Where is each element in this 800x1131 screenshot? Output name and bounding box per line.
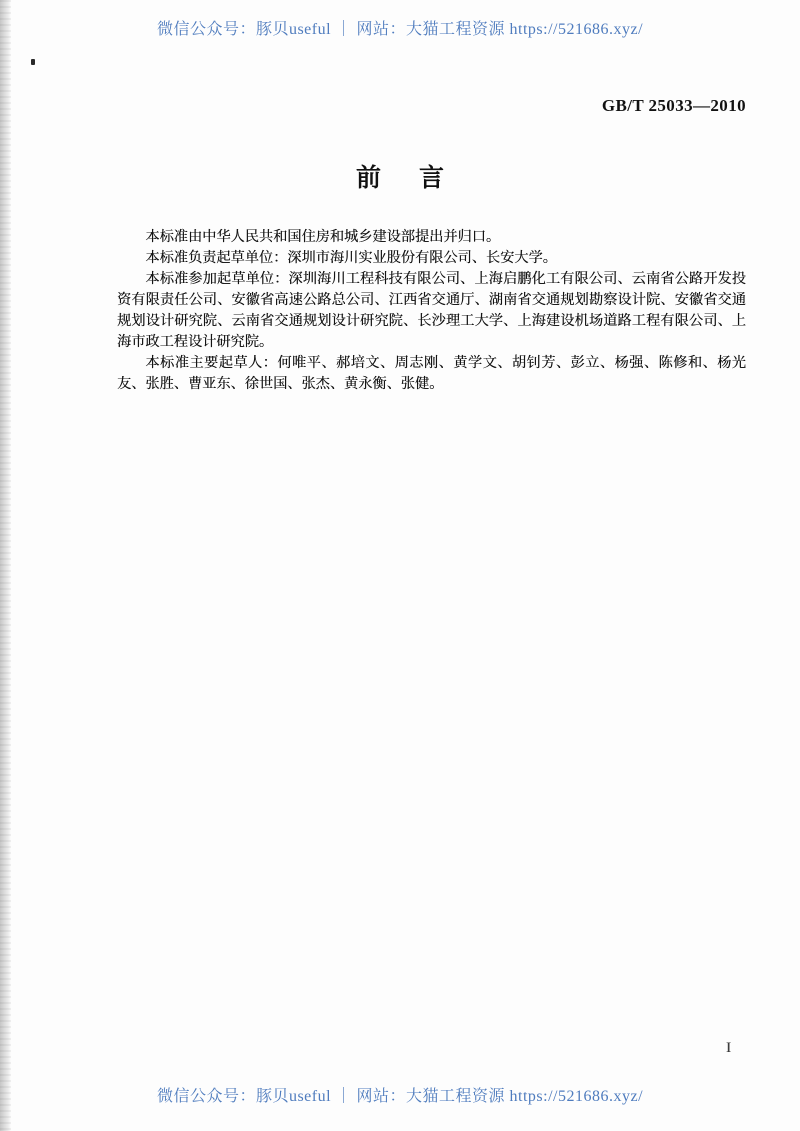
foreword-paragraph-3: 本标准参加起草单位：深圳海川工程科技有限公司、上海启鹏化工有限公司、云南省公路开… <box>117 269 746 353</box>
scan-dot-artifact <box>31 59 35 65</box>
foreword-paragraph-4: 本标准主要起草人：何唯平、郝培文、周志刚、黄学文、胡钊芳、彭立、杨强、陈修和、杨… <box>117 353 746 395</box>
foreword-body: 本标准由中华人民共和国住房和城乡建设部提出并归口。 本标准负责起草单位：深圳市海… <box>117 227 746 395</box>
watermark-bottom: 微信公众号：豚贝useful ｜ 网站：大猫工程资源 https://52168… <box>0 1083 800 1106</box>
page-title: 前 言 <box>0 158 800 194</box>
page-title-char-2: 言 <box>419 158 444 194</box>
standard-number: GB/T 25033—2010 <box>602 96 746 116</box>
foreword-paragraph-2: 本标准负责起草单位：深圳市海川实业股份有限公司、长安大学。 <box>117 248 746 269</box>
foreword-paragraph-1: 本标准由中华人民共和国住房和城乡建设部提出并归口。 <box>117 227 746 248</box>
page-number: I <box>726 1040 731 1057</box>
watermark-top: 微信公众号：豚贝useful ｜ 网站：大猫工程资源 https://52168… <box>0 16 800 39</box>
page-title-char-1: 前 <box>356 158 381 194</box>
